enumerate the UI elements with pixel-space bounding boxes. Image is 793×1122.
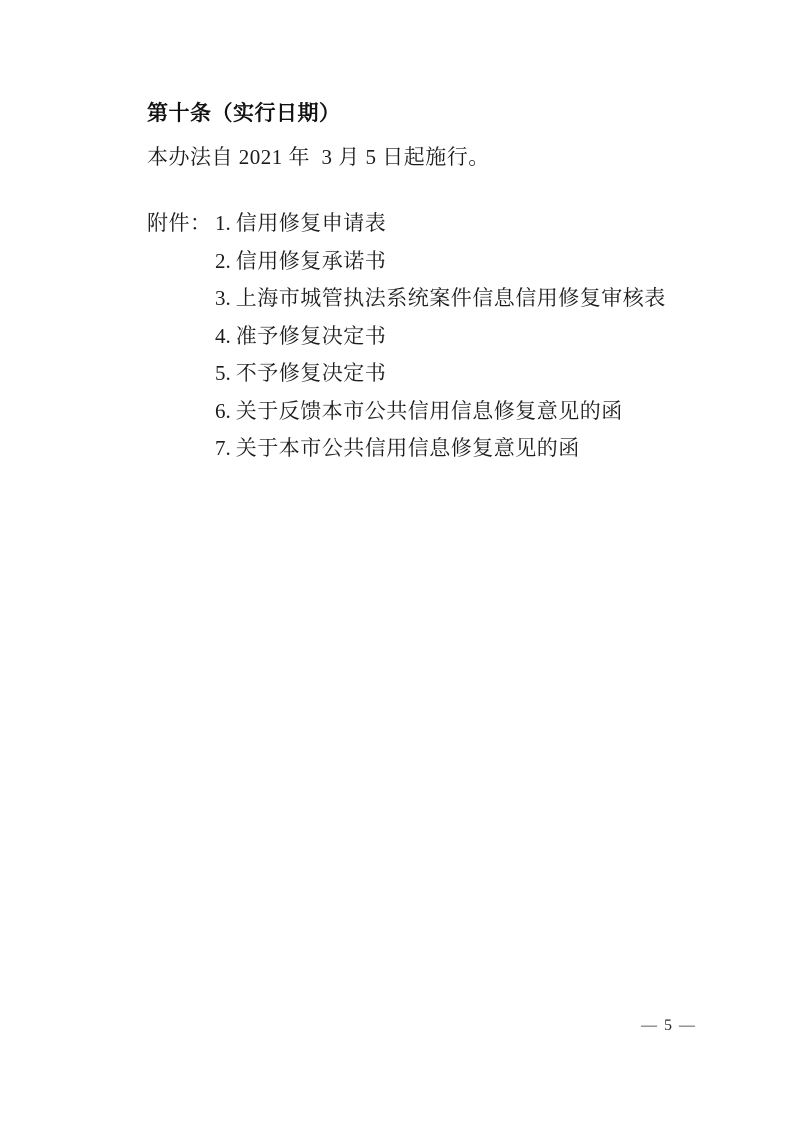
attachments-list: 1.信用修复申请表 2.信用修复承诺书 3.上海市城管执法系统案件信息信用修复审…	[215, 205, 666, 468]
attachment-item: 7.关于本市公共信用信息修复意见的函	[215, 430, 666, 468]
attachment-item: 3.上海市城管执法系统案件信息信用修复审核表	[215, 280, 666, 318]
article-heading: 第十条（实行日期）	[147, 100, 341, 128]
attachment-number: 4.	[215, 318, 231, 356]
attachment-title: 信用修复申请表	[236, 211, 387, 235]
attachment-title: 关于反馈本市公共信用信息修复意见的函	[236, 399, 623, 423]
attachment-title: 准予修复决定书	[236, 324, 387, 348]
attachment-number: 1.	[215, 205, 231, 243]
attachment-item: 6.关于反馈本市公共信用信息修复意见的函	[215, 393, 666, 431]
attachment-number: 3.	[215, 280, 231, 318]
attachment-title: 信用修复承诺书	[236, 249, 387, 273]
attachment-item: 5.不予修复决定书	[215, 355, 666, 393]
attachment-title: 不予修复决定书	[236, 361, 387, 385]
attachment-item: 1.信用修复申请表	[215, 205, 666, 243]
attachment-item: 2.信用修复承诺书	[215, 243, 666, 281]
attachment-item: 4.准予修复决定书	[215, 318, 666, 356]
attachments-label: 附件：	[147, 205, 215, 243]
article-body-text: 本办法自 2021 年 3 月 5 日起施行。	[147, 143, 490, 171]
attachment-number: 5.	[215, 355, 231, 393]
attachment-number: 2.	[215, 243, 231, 281]
attachment-number: 7.	[215, 430, 231, 468]
attachment-title: 关于本市公共信用信息修复意见的函	[236, 436, 580, 460]
attachments-block: 附件： 1.信用修复申请表 2.信用修复承诺书 3.上海市城管执法系统案件信息信…	[147, 205, 666, 468]
document-page: 第十条（实行日期） 本办法自 2021 年 3 月 5 日起施行。 附件： 1.…	[0, 0, 793, 1122]
page-number: — 5 —	[641, 1014, 697, 1038]
attachment-number: 6.	[215, 393, 231, 431]
attachment-title: 上海市城管执法系统案件信息信用修复审核表	[236, 286, 666, 310]
